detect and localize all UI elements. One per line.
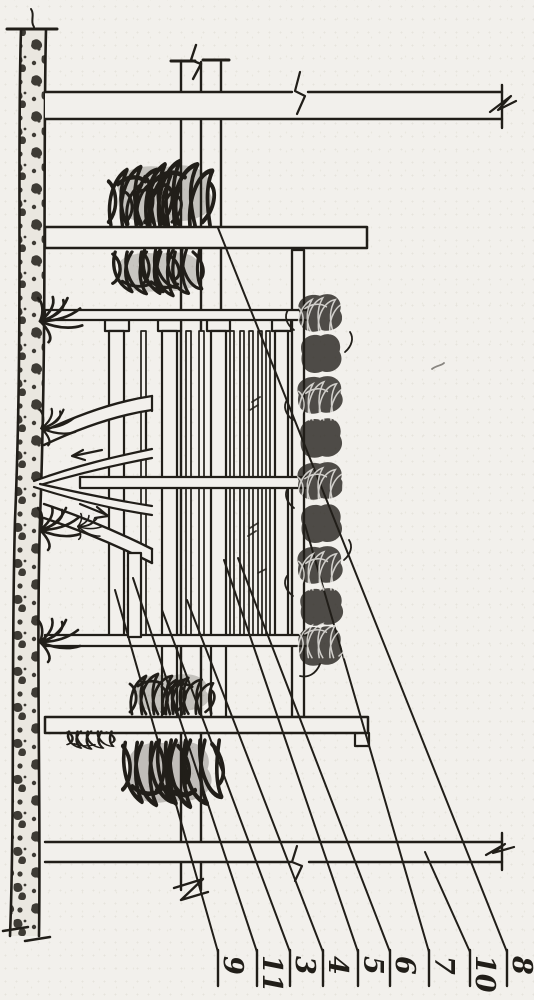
callout-label-7: 7	[428, 956, 459, 975]
callout-label-8: 8	[506, 955, 534, 975]
callout-label-3: 3	[289, 956, 320, 975]
upper-bracket-beam	[45, 227, 367, 248]
grass-clump-top	[109, 161, 215, 225]
leader-line-10	[425, 852, 470, 952]
grass-clump-hanging-top	[113, 250, 204, 296]
callout-label-11: 11	[256, 955, 287, 993]
callout-label-5: 5	[357, 956, 388, 975]
callout-label-6: 6	[389, 956, 420, 975]
grass-clump-hanging-lower	[67, 731, 223, 807]
callout-label-9: 9	[217, 956, 248, 975]
frame-mid-rail	[80, 477, 308, 488]
post-top-caps	[171, 60, 229, 61]
flow-arrow-left-icon	[72, 450, 102, 460]
callout-label-10: 10	[469, 955, 500, 993]
irrigation-chute-upper	[44, 396, 152, 449]
top-beam	[45, 72, 516, 128]
callout-labels: 9 11 3 4 5 6 7 10 8	[217, 955, 534, 993]
technical-drawing: 9 11 3 4 5 6 7 10 8	[0, 0, 534, 1000]
patent-figure-canvas: 9 11 3 4 5 6 7 10 8	[0, 0, 534, 1000]
slat-caps	[105, 320, 291, 331]
callout-label-4: 4	[322, 956, 353, 975]
frame-top-rail	[45, 310, 308, 320]
